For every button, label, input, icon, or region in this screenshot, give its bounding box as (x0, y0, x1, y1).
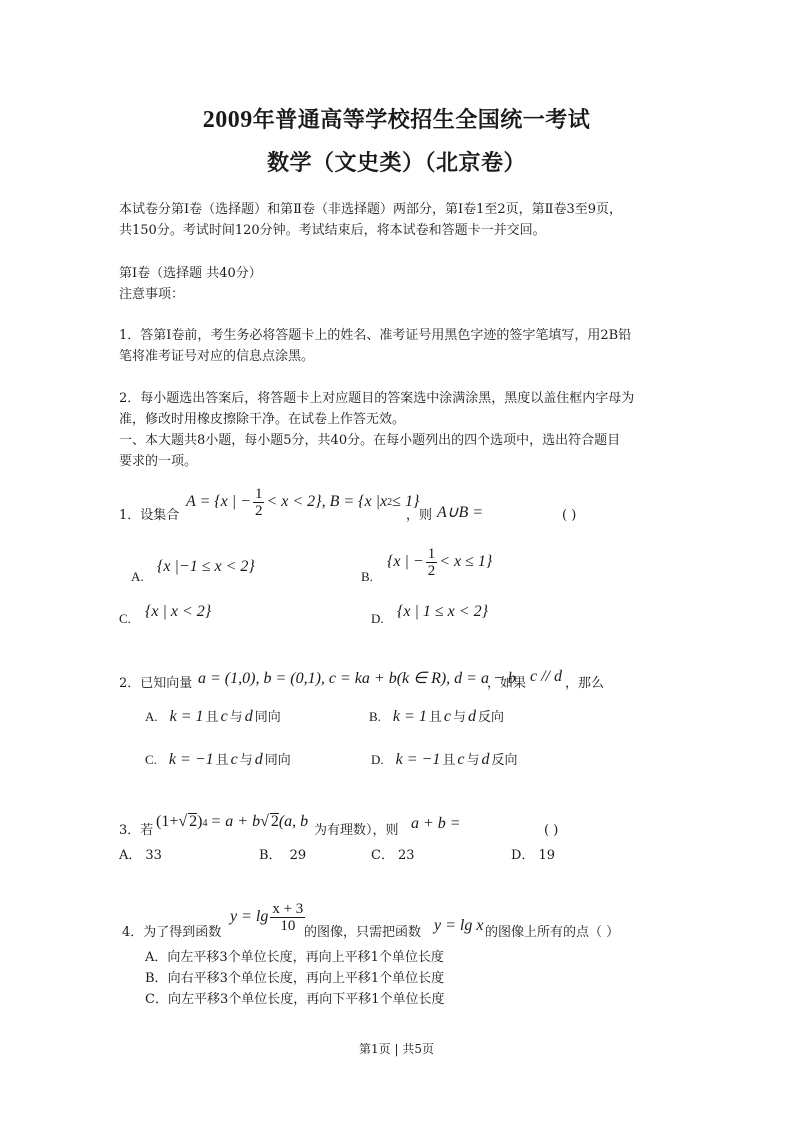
option-d: d (481, 751, 489, 769)
frac-num: x + 3 (270, 901, 305, 918)
q3-expr-mid: = a + b (210, 813, 260, 831)
q1-option-c-text: {x | x < 2} (145, 603, 211, 621)
sqrt-icon: √ (178, 813, 187, 831)
option-label: A. (145, 709, 158, 725)
q3-stem-prefix: 3．若 (119, 821, 153, 841)
part-instruction-line-2: 要求的一项。 (119, 452, 197, 472)
title-text: 年普通高等学校招生全国统一考试 (253, 108, 591, 133)
option-label: C． (145, 992, 168, 1007)
note-1-line-1: 1．答第I卷前，考生务必将答题卡上的姓名、准考证号用黑色字迹的签字笔填写，用2B… (119, 326, 631, 346)
q3-option-b: B．29 (259, 846, 306, 866)
option-text: 向左平移3个单位长度，再向上平移1个单位长度 (167, 950, 444, 965)
option-with: 与 (230, 708, 243, 728)
q2-vector-expression: a = (1,0), b = (0,1), c = ka + b(k ∈ R),… (198, 668, 516, 688)
option-direction: 同向 (255, 708, 281, 728)
page-title: 2009年普通高等学校招生全国统一考试 (0, 103, 793, 134)
q1-option-d-label: D. (371, 611, 384, 627)
intro-line-2: 共150分。考试时间120分钟。考试结束后，将本试卷和答题卡一并交回。 (119, 221, 546, 241)
frac-den: 10 (270, 918, 305, 934)
q1-answer-blank: ( ) (562, 506, 576, 526)
q2-text: 已知向量 (140, 676, 192, 691)
option-k: k = 1 (170, 708, 204, 726)
frac-den: 2 (253, 503, 265, 519)
option-with: 与 (466, 751, 479, 771)
q2-stem-prefix: 2．已知向量 (119, 674, 192, 694)
q2-option-c: C. k = −1 且 c 与 d 同向 (145, 751, 291, 771)
q4-func-left: y = lg (230, 908, 268, 926)
q1-option-b-right: < x ≤ 1} (439, 553, 492, 571)
q3-text: 若 (140, 823, 153, 838)
q2-number: 2． (119, 676, 140, 691)
part-instruction-line-1: 一、本大题共8小题，每小题5分，共40分。在每小题列出的四个选项中，选出符合题目 (119, 431, 620, 451)
option-and: 且 (206, 708, 219, 728)
q1-set-expression: A = {x | − 12 < x < 2}, B = {x |x2 ≤ 1} (186, 482, 419, 522)
q4-stem-prefix: 4．为了得到函数 (122, 923, 221, 943)
q1-stem-mid: ，则 (406, 506, 432, 526)
q1-option-d-text: {x | 1 ≤ x < 2} (397, 603, 488, 621)
q2-option-d: D. k = −1 且 c 与 d 反向 (371, 751, 518, 771)
q1-option-a-label: A. (131, 569, 144, 585)
option-direction: 反向 (478, 708, 504, 728)
q3-sqrt-value-2: 2 (270, 813, 279, 829)
q3-option-d: D．19 (511, 846, 555, 866)
page-footer: 第1页 | 共5页 (0, 1040, 793, 1057)
q1-text: 设集合 (140, 508, 179, 523)
q1-option-c-label: C. (119, 611, 131, 627)
q1-fraction: 12 (253, 486, 265, 519)
option-with: 与 (240, 751, 253, 771)
option-label: A． (119, 848, 141, 863)
q3-sqrt-value: 2 (188, 813, 197, 829)
q4-base-function: y = lg x (434, 917, 483, 935)
q1-option-b-text: {x | − 12 < x ≤ 1} (387, 543, 492, 581)
option-d: d (468, 708, 476, 726)
q3-answer-blank: ( ) (544, 821, 558, 841)
q1-union-expression: A∪B = (437, 502, 483, 522)
option-and: 且 (442, 751, 455, 771)
q4-option-c: C．向左平移3个单位长度，再向下平移1个单位长度 (145, 990, 445, 1010)
option-k: k = −1 (169, 751, 214, 769)
option-and: 且 (429, 708, 442, 728)
option-text: 向左平移3个单位长度，再向下平移1个单位长度 (168, 992, 445, 1007)
q4-fraction: x + 310 (270, 901, 305, 934)
option-c: c (231, 751, 238, 769)
note-2-line-1: 2．每小题选出答案后，将答题卡上对应题目的答案选中涂满涂黑，黑度以盖住框内字母为 (119, 389, 634, 409)
option-c: c (444, 708, 451, 726)
option-direction: 同向 (265, 751, 291, 771)
q3-option-a: A．33 (119, 846, 162, 866)
q3-number: 3． (119, 823, 140, 838)
frac-num: 1 (426, 546, 438, 563)
option-label: D. (371, 752, 384, 768)
option-text: 29 (290, 848, 307, 863)
option-label: B． (145, 971, 168, 986)
q4-function-expression: y = lg x + 310 (230, 895, 307, 939)
title-year: 2009 (203, 107, 253, 133)
notes-label: 注意事项： (119, 285, 184, 305)
q4-number: 4． (122, 925, 143, 940)
option-direction: 反向 (491, 751, 517, 771)
q2-option-b: B. k = 1 且 c 与 d 反向 (369, 708, 504, 728)
option-label: B． (259, 848, 282, 863)
q1-number: 1． (119, 508, 140, 523)
q3-exponent: 4 (202, 818, 207, 829)
option-k: k = −1 (396, 751, 441, 769)
option-text: 33 (145, 848, 162, 863)
option-text: 向右平移3个单位长度，再向上平移1个单位长度 (168, 971, 445, 986)
q1-option-b-fraction: 12 (426, 546, 438, 579)
q3-sum-expression: a + b = (411, 815, 461, 833)
q4-text: 为了得到函数 (143, 925, 221, 940)
q1-set-a-left: A = {x | − (186, 493, 251, 511)
option-label: A． (145, 950, 167, 965)
q4-stem-suffix: 的图像上所有的点（ ） (485, 923, 619, 943)
option-text: 19 (538, 848, 555, 863)
q2-stem-mid: ，如果 (487, 674, 526, 694)
q4-stem-mid: 的图像，只需把函数 (304, 923, 421, 943)
note-2-line-2: 准，修改时用橡皮擦除干净。在试卷上作答无效。 (119, 410, 405, 430)
page-subtitle: 数学（文史类）（北京卷） (0, 146, 793, 177)
section-heading: 第I卷（选择题 共40分） (119, 264, 262, 284)
option-label: B. (369, 709, 381, 725)
frac-den: 2 (426, 563, 438, 579)
option-label: C． (371, 848, 394, 863)
q1-option-a-text: {x |−1 ≤ x < 2} (157, 558, 255, 576)
sqrt-icon: √ (260, 813, 269, 831)
note-1-line-2: 笔将准考证号对应的信息点涂黑。 (119, 347, 314, 367)
option-label: D． (511, 848, 534, 863)
q1-set-a-right: < x < 2}, B = {x |x (266, 493, 387, 511)
option-label: C. (145, 752, 157, 768)
option-d: d (245, 708, 253, 726)
option-text: 23 (398, 848, 415, 863)
q3-expr-tail: (a, b (279, 813, 308, 831)
q3-expr-open: (1+ (156, 813, 178, 831)
option-k: k = 1 (393, 708, 427, 726)
q2-option-a: A. k = 1 且 c 与 d 同向 (145, 708, 281, 728)
q1-option-b-left: {x | − (387, 553, 424, 571)
frac-num: 1 (253, 486, 265, 503)
option-and: 且 (216, 751, 229, 771)
q2-stem-suffix: ，那么 (565, 674, 604, 694)
q4-option-b: B．向右平移3个单位长度，再向上平移1个单位长度 (145, 969, 444, 989)
option-d: d (255, 751, 263, 769)
q2-parallel-expression: c // d (530, 668, 562, 686)
option-with: 与 (453, 708, 466, 728)
q3-expression: (1+√2)4 = a + b√2(a, b (156, 813, 308, 831)
q1-option-b-label: B. (361, 569, 373, 585)
intro-line-1: 本试卷分第I卷（选择题）和第Ⅱ卷（非选择题）两部分，第I卷1至2页，第Ⅱ卷3至9… (119, 200, 622, 220)
q1-stem-prefix: 1．设集合 (119, 506, 179, 526)
q3-option-c: C．23 (371, 846, 415, 866)
q3-stem-mid: 为有理数），则 (314, 821, 399, 841)
option-c: c (221, 708, 228, 726)
option-c: c (457, 751, 464, 769)
q4-option-a: A．向左平移3个单位长度，再向上平移1个单位长度 (145, 948, 444, 968)
